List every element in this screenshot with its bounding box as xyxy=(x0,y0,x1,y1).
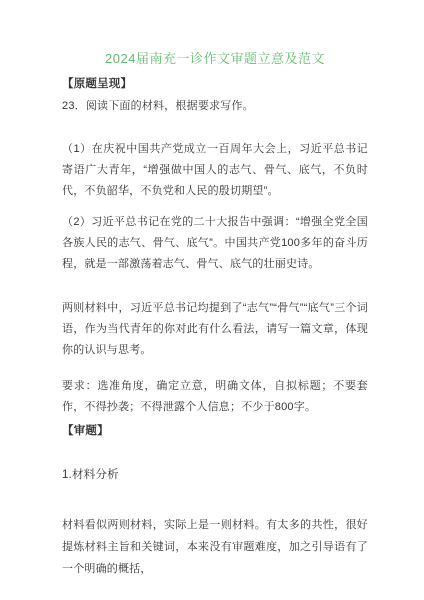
question-intro: 23．阅读下面的材料，根据要求写作。 xyxy=(62,99,368,114)
document-page: 2024届南充一诊作文审题立意及范文 【原题呈现】 23．阅读下面的材料，根据要… xyxy=(0,0,424,600)
document-title: 2024届南充一诊作文审题立意及范文 xyxy=(62,49,368,69)
material-2-paragraph: （2）习近平总书记在党的二十大报告中强调：“增强全党全国各族人民的志气、骨气、底… xyxy=(62,212,368,275)
writing-prompt-paragraph: 两则材料中，习近平总书记均提到了“志气”“骨气”“底气”三个词语，作为当代青年的… xyxy=(62,298,368,361)
analysis-subheading: 1.材料分析 xyxy=(62,468,368,483)
material-1-paragraph: （1）在庆祝中国共产党成立一百周年大会上，习近平总书记寄语广大青年，“增强做中国… xyxy=(62,139,368,202)
topic-review-heading: 【审题】 xyxy=(62,424,368,439)
document-content: 2024届南充一诊作文审题立意及范文 【原题呈现】 23．阅读下面的材料，根据要… xyxy=(0,49,424,580)
original-question-heading: 【原题呈现】 xyxy=(62,77,368,92)
analysis-paragraph: 材料看似两则材料，实际上是一则材料。有太多的共性，很好提炼材料主旨和关键词，本来… xyxy=(62,514,368,580)
requirements-paragraph: 要求：选准角度，确定立意，明确文体，自拟标题；不要套作，不得抄袭；不得泄露个人信… xyxy=(62,376,368,418)
